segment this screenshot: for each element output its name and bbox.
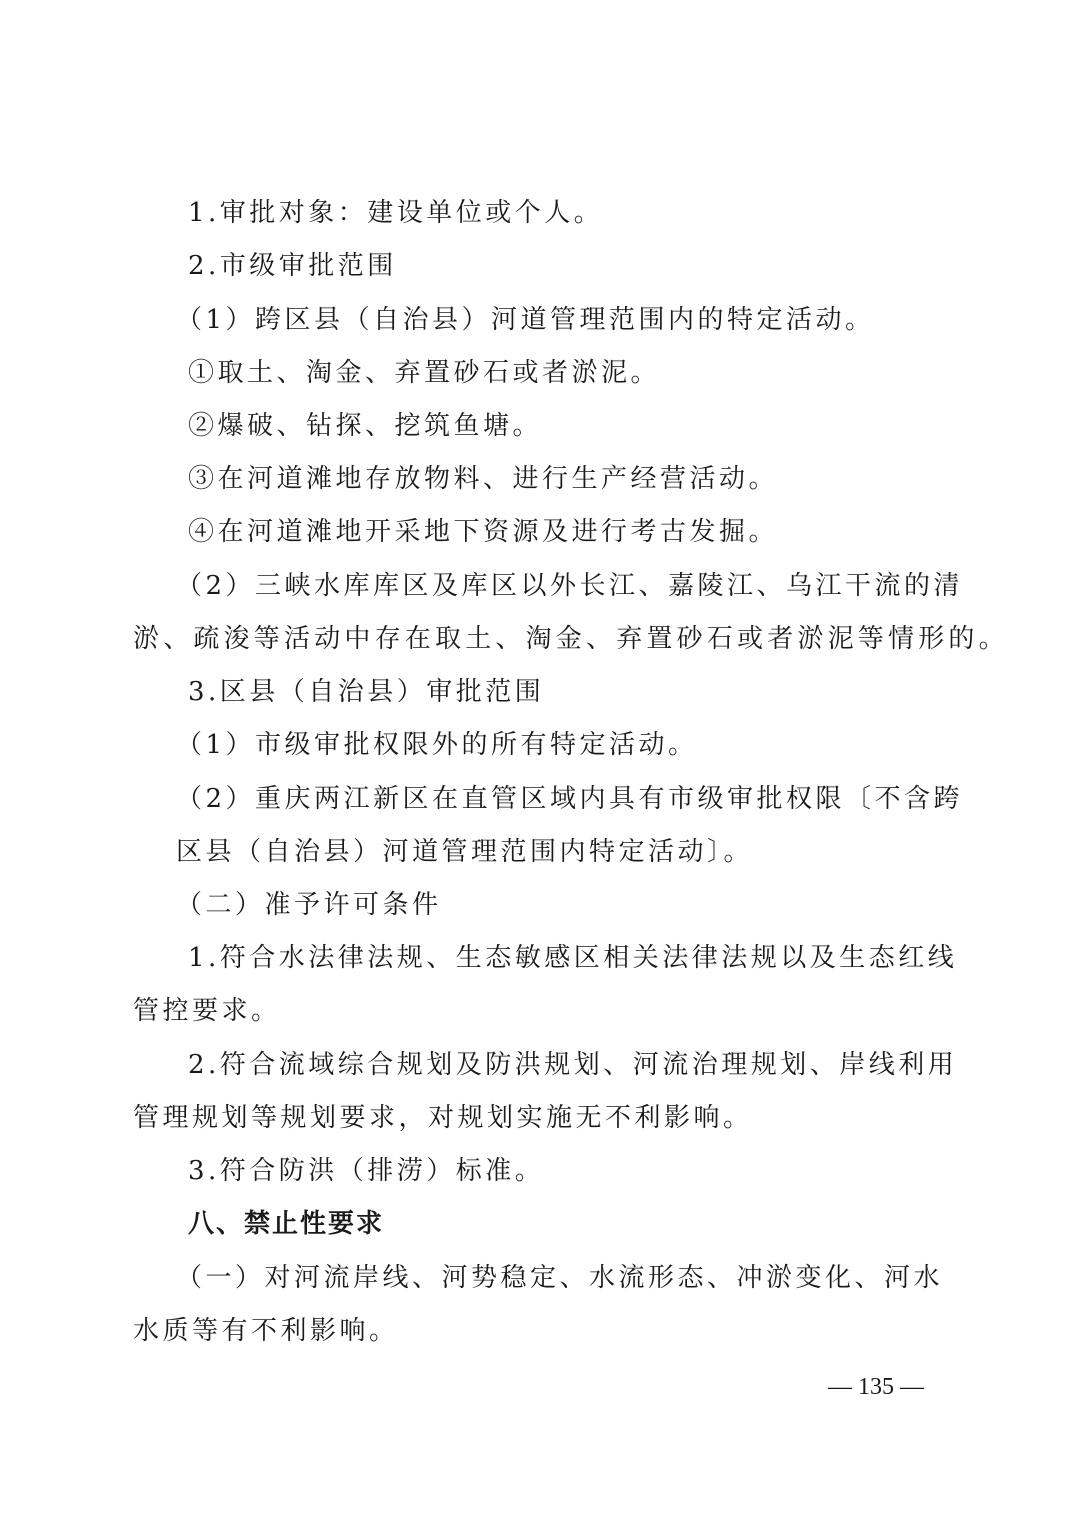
condition-2-line2: 管理规划等规划要求，对规划实施无不利影响。	[133, 1098, 948, 1138]
activity-item-4: ④在河道滩地开采地下资源及进行考古发掘。	[188, 512, 948, 552]
municipal-scope-item-2-line1: （2）三峡水库库区及库区以外长江、嘉陵江、乌江干流的清	[176, 566, 948, 606]
county-scope-item-2-line2: 区县（自治县）河道管理范围内特定活动〕。	[176, 832, 948, 872]
municipal-scope-item-2-line2: 淤、疏浚等活动中存在取土、淘金、弃置砂石或者淤泥等情形的。	[133, 619, 948, 659]
section-heading-prohibitions: 八、禁止性要求	[188, 1204, 948, 1244]
municipal-scope-item-1: （1）跨区县（自治县）河道管理范围内的特定活动。	[176, 300, 948, 340]
condition-1-line1: 1.符合水法律法规、生态敏感区相关法律法规以及生态红线	[188, 938, 948, 978]
activity-item-2: ②爆破、钻探、挖筑鱼塘。	[188, 406, 948, 446]
permit-conditions-heading: （二）准予许可条件	[176, 885, 948, 925]
prohibition-1-line1: （一）对河流岸线、河势稳定、水流形态、冲淤变化、河水	[176, 1258, 948, 1298]
activity-item-1: ①取土、淘金、弃置砂石或者淤泥。	[188, 353, 948, 393]
county-scope-item-2-line1: （2）重庆两江新区在直管区域内具有市级审批权限〔不含跨	[176, 779, 948, 819]
document-page: 1.审批对象：建设单位或个人。 2.市级审批范围 （1）跨区县（自治县）河道管理…	[0, 0, 1074, 1520]
condition-3: 3.符合防洪（排涝）标准。	[188, 1151, 948, 1191]
approval-target-line: 1.审批对象：建设单位或个人。	[188, 193, 948, 233]
activity-item-3: ③在河道滩地存放物料、进行生产经营活动。	[188, 459, 948, 499]
prohibition-1-line2: 水质等有不利影响。	[133, 1311, 948, 1351]
condition-2-line1: 2.符合流域综合规划及防洪规划、河流治理规划、岸线利用	[188, 1045, 948, 1085]
county-scope-item-1: （1）市级审批权限外的所有特定活动。	[176, 725, 948, 765]
municipal-scope-heading: 2.市级审批范围	[188, 246, 948, 286]
page-number: — 135 —	[828, 1372, 924, 1402]
county-scope-heading: 3.区县（自治县）审批范围	[188, 672, 948, 712]
condition-1-line2: 管控要求。	[133, 991, 948, 1031]
